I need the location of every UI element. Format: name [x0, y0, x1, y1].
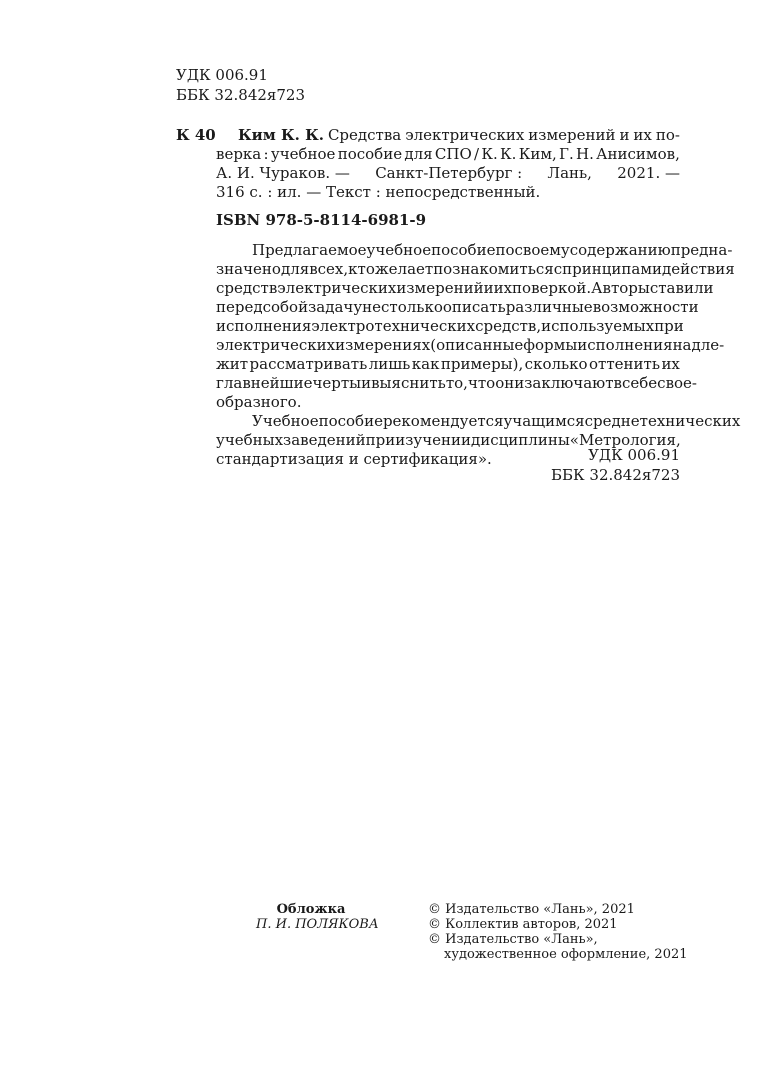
annotation-line: Предлагаемоеучебноепособиепосвоемусодерж… — [252, 241, 680, 260]
catalog-line-2: верка:учебноепособиедляСПО/К.К.Ким,Г.Н.А… — [216, 145, 680, 164]
copyright-design-cont: художественное оформление, 2021 — [444, 947, 688, 962]
annotation-line: Учебноепособиерекомендуетсяучащимсясредн… — [252, 412, 680, 431]
copyright-publisher: © Издательство «Лань», 2021 — [428, 902, 635, 917]
bbk-code-bottom: ББК 32.842я723 — [551, 466, 680, 485]
annotation-line: передсобойзадачунестолькоописатьразличны… — [216, 298, 680, 317]
annotation-line: главнейшиечертыивыяснитьто,чтоонизаключа… — [216, 374, 680, 393]
catalog-line-4: 316 с. : ил. — Текст : непосредственный. — [216, 183, 540, 202]
annotation-line: образного. — [216, 393, 301, 412]
bbk-code-top: ББК 32.842я723 — [176, 86, 305, 105]
author-mark: К 40 — [176, 126, 216, 145]
udk-code-top: УДК 006.91 — [176, 66, 268, 85]
annotation-line: житрассматриватьлишькакпримеры),сколькоо… — [216, 355, 680, 374]
annotation-line: средствэлектрическихизмеренийиихповеркой… — [216, 279, 680, 298]
copyright-authors: © Коллектив авторов, 2021 — [428, 917, 618, 932]
cover-label: Обложка — [256, 902, 366, 917]
catalog-line-1: Ким К. К. Средства электрических измерен… — [238, 126, 680, 145]
catalog-line-3: А. И. Чураков. —Санкт-Петербург :Лань,20… — [216, 164, 680, 183]
annotation-line: значенодлявсех,ктожелаетпознакомитьсяспр… — [216, 260, 680, 279]
udk-code-bottom: УДК 006.91 — [588, 446, 680, 465]
annotation-line: стандартизация и сертификация». — [216, 450, 492, 469]
author-name: Ким К. К. — [238, 126, 324, 145]
isbn: ISBN 978-5-8114-6981-9 — [216, 211, 426, 230]
cover-artist: П. И. ПОЛЯКОВА — [256, 917, 376, 932]
annotation-line: исполненияэлектротехническихсредств,испо… — [216, 317, 680, 336]
annotation-line: электрическихизмерениях(описанныеформыис… — [216, 336, 680, 355]
copyright-design: © Издательство «Лань», — [428, 932, 598, 947]
